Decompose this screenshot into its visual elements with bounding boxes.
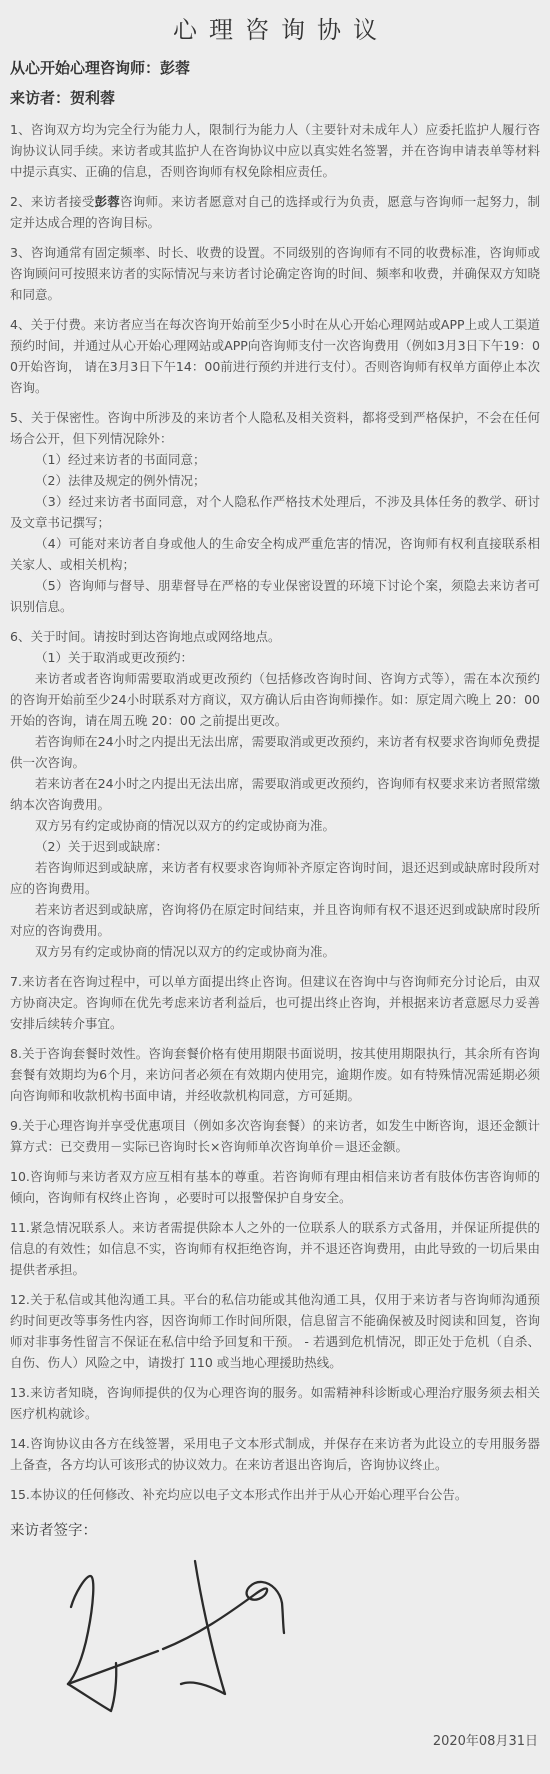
counselor-line: 从心开始心理咨询师：彭蓉 [10, 59, 540, 78]
clause-5: 5、关于保密性。咨询中所涉及的来访者个人隐私及相关资料，都将受到严格保护，不会在… [10, 407, 540, 617]
clause-6-item-2: 来访者或者咨询师需要取消或更改预约（包括修改咨询时间、咨询方式等），需在本次预约… [10, 668, 540, 731]
clause-3-text: 3、咨询通常有固定频率、时长、收费的设置。不同级别的咨询师有不同的收费标准，咨询… [10, 242, 540, 305]
clause-1: 1、咨询双方均为完全行为能力人，限制行为能力人（主要针对未成年人）应委托监护人履… [10, 119, 540, 182]
clause-7: 7.来访者在咨询过程中，可以单方面提出终止咨询。但建议在咨询中与咨询师充分讨论后… [10, 971, 540, 1034]
counselor-name-bold: 彭蓉 [95, 194, 120, 209]
clause-10: 10.咨询师与来访者双方应互相有基本的尊重。若咨询师有理由相信来访者有肢体伤害咨… [10, 1166, 540, 1208]
clause-4-text: 4、关于付费。来访者应当在每次咨询开始前至少5小时在从心开始心理网站或APP上或… [10, 314, 540, 398]
clause-12: 12.关于私信或其他沟通工具。平台的私信功能或其他沟通工具，仅用于来访者与咨询师… [10, 1289, 540, 1373]
clause-6-item-8: 若来访者迟到或缺席，咨询将仍在原定时间结束，并且咨询师有权不退还迟到或缺席时段所… [10, 899, 540, 941]
clause-8: 8.关于咨询套餐时效性。咨询套餐价格有使用期限书面说明，按其使用期限执行，其余所… [10, 1043, 540, 1106]
clause-5-item-2: （2）法律及规定的例外情况； [10, 470, 540, 491]
visitor-line: 来访者：贺利蓉 [10, 89, 540, 108]
clause-6-item-6: （2）关于迟到或缺席： [10, 836, 540, 857]
clause-5-item-5: （5）咨询师与督导、朋辈督导在严格的专业保密设置的环境下讨论个案，须隐去来访者可… [10, 575, 540, 617]
clause-14: 14.咨询协议由各方在线签署，采用电子文本形式制成，并保存在来访者为此设立的专用… [10, 1433, 540, 1475]
clause-8-text: 8.关于咨询套餐时效性。咨询套餐价格有使用期限书面说明，按其使用期限执行，其余所… [10, 1043, 540, 1106]
clause-6-text: 6、关于时间。请按时到达咨询地点或网络地点。 [10, 626, 540, 647]
clause-4: 4、关于付费。来访者应当在每次咨询开始前至少5小时在从心开始心理网站或APP上或… [10, 314, 540, 398]
clause-2-text: 2、来访者接受彭蓉咨询师。来访者愿意对自己的选择或行为负责，愿意与咨询师一起努力… [10, 191, 540, 233]
clause-13: 13.来访者知晓，咨询师提供的仅为心理咨询的服务。如需精神科诊断或心理治疗服务须… [10, 1382, 540, 1424]
clause-7-text: 7.来访者在咨询过程中，可以单方面提出终止咨询。但建议在咨询中与咨询师充分讨论后… [10, 971, 540, 1034]
clause-6: 6、关于时间。请按时到达咨询地点或网络地点。 （1）关于取消或更改预约： 来访者… [10, 626, 540, 962]
clause-5-text: 5、关于保密性。咨询中所涉及的来访者个人隐私及相关资料，都将受到严格保护，不会在… [10, 407, 540, 449]
clause-13-text: 13.来访者知晓，咨询师提供的仅为心理咨询的服务。如需精神科诊断或心理治疗服务须… [10, 1382, 540, 1424]
signature-label: 来访者签字： [10, 1522, 540, 1541]
visitor-signature [60, 1555, 300, 1727]
page-title: 心理咨询协议 [10, 10, 540, 45]
signature-drawing-icon [60, 1555, 300, 1727]
clause-15-text: 15.本协议的任何修改、补充均应以电子文本形式作出并于从心开始心理平台公告。 [10, 1484, 540, 1505]
clause-6-item-9: 双方另有约定或协商的情况以双方的约定或协商为准。 [10, 941, 540, 962]
clause-15: 15.本协议的任何修改、补充均应以电子文本形式作出并于从心开始心理平台公告。 [10, 1484, 540, 1505]
clause-1-text: 1、咨询双方均为完全行为能力人，限制行为能力人（主要针对未成年人）应委托监护人履… [10, 119, 540, 182]
clause-2-prefix: 2、来访者接受 [10, 194, 95, 209]
clause-11-text: 11.紧急情况联系人。来访者需提供除本人之外的一位联系人的联系方式备用，并保证所… [10, 1217, 540, 1280]
agreement-document: 心理咨询协议 从心开始心理咨询师：彭蓉 来访者：贺利蓉 1、咨询双方均为完全行为… [0, 0, 550, 1774]
clause-14-text: 14.咨询协议由各方在线签署，采用电子文本形式制成，并保存在来访者为此设立的专用… [10, 1433, 540, 1475]
clause-6-item-4: 若来访者在24小时之内提出无法出席，需要取消或更改预约，咨询师有权要求来访者照常… [10, 773, 540, 815]
clause-2: 2、来访者接受彭蓉咨询师。来访者愿意对自己的选择或行为负责，愿意与咨询师一起努力… [10, 191, 540, 233]
clause-6-item-7: 若咨询师迟到或缺席，来访者有权要求咨询师补齐原定咨询时间，退还迟到或缺席时段所对… [10, 857, 540, 899]
clause-9: 9.关于心理咨询并享受优惠项目（例如多次咨询套餐）的来访者，如发生中断咨询，退还… [10, 1115, 540, 1157]
signature-date: 2020年08月31日 [10, 1733, 538, 1751]
clause-12-text: 12.关于私信或其他沟通工具。平台的私信功能或其他沟通工具，仅用于来访者与咨询师… [10, 1289, 540, 1373]
clause-5-item-1: （1）经过来访者的书面同意； [10, 449, 540, 470]
clause-6-item-1: （1）关于取消或更改预约： [10, 647, 540, 668]
clause-5-item-4: （4）可能对来访者自身或他人的生命安全构成严重危害的情况，咨询师有权利直接联系相… [10, 533, 540, 575]
clause-10-text: 10.咨询师与来访者双方应互相有基本的尊重。若咨询师有理由相信来访者有肢体伤害咨… [10, 1166, 540, 1208]
clause-6-item-3: 若咨询师在24小时之内提出无法出席，需要取消或更改预约，来访者有权要求咨询师免费… [10, 731, 540, 773]
clause-5-item-3: （3）经过来访者书面同意，对个人隐私作严格技术处理后，不涉及具体任务的教学、研讨… [10, 491, 540, 533]
clause-6-item-5: 双方另有约定或协商的情况以双方的约定或协商为准。 [10, 815, 540, 836]
clause-9-text: 9.关于心理咨询并享受优惠项目（例如多次咨询套餐）的来访者，如发生中断咨询，退还… [10, 1115, 540, 1157]
clause-3: 3、咨询通常有固定频率、时长、收费的设置。不同级别的咨询师有不同的收费标准，咨询… [10, 242, 540, 305]
clause-11: 11.紧急情况联系人。来访者需提供除本人之外的一位联系人的联系方式备用，并保证所… [10, 1217, 540, 1280]
